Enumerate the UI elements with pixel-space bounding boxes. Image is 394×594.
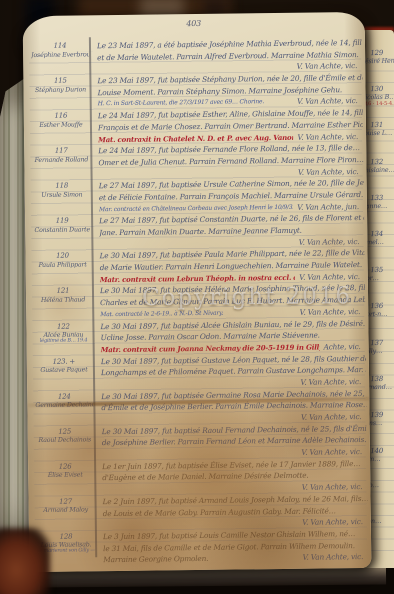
entry-text: Le 30 Mai 1897, fut baptisé Alcée Ghisla… bbox=[92, 317, 365, 355]
entry-child-name: Raoul Dechainois bbox=[36, 436, 94, 444]
register-entry: 119Constantin DuarteLe 27 Mai 1897, fut … bbox=[33, 212, 364, 251]
priest-signature: V. Van Achte, vic. bbox=[294, 166, 364, 179]
register-entry: 122Alcée Buniaulégitimé de B… 19.4Le 30 … bbox=[34, 317, 365, 356]
entry-child-name: Esther Mouffe bbox=[32, 121, 90, 129]
entry-child-name: Gustave Paquet bbox=[35, 366, 93, 374]
register-entry: 126Élise EvisetLe 1er Juin 1897, fut bap… bbox=[36, 458, 367, 497]
priest-signature: V. Van Achte, vic. bbox=[293, 95, 363, 108]
register-entry: 118Ursule SimonLe 27 Mai 1897, fut bapti… bbox=[33, 177, 364, 216]
entry-margin-column: 118Ursule Simon bbox=[33, 181, 91, 217]
priest-signature: V. Van Achte, vic. bbox=[299, 551, 369, 564]
entry-text: Le 24 Mai 1897, fut baptisée Fernande Fl… bbox=[90, 142, 363, 180]
entry-margin-column: 119Constantin Duarte bbox=[33, 216, 91, 252]
entry-child-name: Élise Eviset bbox=[36, 472, 94, 480]
priest-signature: V. Van Achte, jun. bbox=[293, 201, 364, 214]
entry-margin-column: 114Joséphine Everbroud bbox=[31, 40, 89, 76]
entry-text: Le 23 Mai 1897, fut baptisée Stéphany Du… bbox=[89, 72, 362, 110]
entry-child-name: Constantin Duarte bbox=[33, 226, 91, 234]
entry-text: Le 27 Mai 1897, fut baptisée Ursule Cath… bbox=[91, 177, 364, 215]
entry-child-name: Joséphine Everbroud bbox=[31, 51, 89, 59]
priest-signature: V. Van Achte, vic. bbox=[297, 411, 367, 424]
register-entry: 115Stéphany DurionLe 23 Mai 1897, fut ba… bbox=[31, 72, 362, 111]
entry-margin-column: 115Stéphany Durion bbox=[31, 75, 89, 111]
entry-margin-column: 125Raoul Dechainois bbox=[36, 426, 94, 462]
entry-text-line: Marraine Georgine Opmolen.V. Van Achte, … bbox=[103, 551, 368, 566]
entry-child-name: Armand Maloy bbox=[37, 507, 95, 515]
photo-of-open-register: 129Désiré Hen…130Nicolas B…6-46 · 14-5-4… bbox=[0, 0, 394, 594]
priest-signature: Achte, vic. bbox=[320, 341, 366, 353]
priest-signature: V. Van Achte, vic. bbox=[297, 446, 367, 459]
entry-margin-column: 121Héléna Tihaud bbox=[34, 286, 92, 322]
entry-margin-column: 122Alcée Buniaulégitimé de B… 19.4 bbox=[34, 321, 92, 357]
register-entry: 116Esther MouffeLe 24 Mai 1897, fut bapt… bbox=[32, 107, 363, 146]
priest-signature: V. Van Achte, vic. bbox=[296, 376, 366, 389]
page-number: 403 bbox=[23, 17, 365, 30]
entry-child-name: Héléna Tihaud bbox=[34, 296, 92, 304]
entry-text: Le 2 Juin 1897, fut baptisé Armand Louis… bbox=[94, 493, 367, 531]
priest-signature: V. Van Achte, vic. bbox=[295, 271, 365, 284]
register-entry: 124Germaine DechainoisLe 30 Mai 1897, fu… bbox=[35, 388, 366, 427]
register-entry: 120Paula PhilippartLe 30 Mai 1897, fut b… bbox=[33, 247, 364, 286]
priest-signature: V. Van Achte, vic. bbox=[293, 60, 363, 73]
photographer-thumb bbox=[0, 528, 50, 594]
entry-text: Le 24 Mai 1897, fut baptisée Esther, Ali… bbox=[90, 107, 363, 145]
entry-child-name: Fernande Rolland bbox=[32, 156, 90, 164]
register-entry: 114Joséphine EverbroudLe 23 Mai 1897, a … bbox=[31, 37, 362, 76]
entry-child-name: Paula Philippart bbox=[34, 261, 92, 269]
priest-signature: V. Van Achte, vic. bbox=[298, 481, 368, 494]
entry-margin-column: 117Fernande Rolland bbox=[32, 145, 90, 181]
entry-margin-column: 124Germaine Dechainois bbox=[35, 391, 93, 427]
entry-text: Le 30 Mai 1897, fut baptisée Germaine Ro… bbox=[93, 388, 366, 426]
watermark-text: Copyright 2016 bbox=[142, 283, 392, 311]
register-entry: 128Louis Wauelisab.se marieront von Gill… bbox=[37, 528, 368, 567]
register-entry: 125Raoul DechainoisLe 30 Mai 1897, fut b… bbox=[36, 423, 367, 462]
entry-margin-note: légitimé de B… 19.4 bbox=[35, 338, 93, 344]
entry-margin-column: 116Esther Mouffe bbox=[32, 110, 90, 146]
entry-text: Le 3 Juin 1897, fut baptisé Louis Camill… bbox=[95, 528, 368, 566]
register-entry: 123. +Gustave PaquetLe 30 Mai 1897, fut … bbox=[35, 353, 366, 392]
entry-margin-column: 126Élise Eviset bbox=[36, 461, 94, 497]
entry-text: Le 1er Juin 1897, fut baptisée Élise Evi… bbox=[94, 458, 367, 496]
entry-child-name: Stéphany Durion bbox=[31, 86, 89, 94]
entry-line-text: Marraine Georgine Opmolen. bbox=[103, 552, 299, 566]
entry-text: Le 27 Mai 1897, fut baptisé Constantin D… bbox=[91, 212, 364, 250]
priest-signature: V. Van Achte, vic. bbox=[293, 130, 363, 143]
entry-text: Le 30 Mai 1897, fut baptisé Gustave Léon… bbox=[93, 353, 366, 391]
entry-text: Le 23 Mai 1897, a été baptisée Joséphine… bbox=[89, 37, 362, 75]
entry-child-name: Ursule Simon bbox=[33, 191, 91, 199]
entry-margin-column: 120Paula Philippart bbox=[33, 251, 91, 287]
entry-margin-column: 123. +Gustave Paquet bbox=[35, 356, 93, 392]
entry-text: Le 30 Mai 1897, fut baptisé Raoul Fernan… bbox=[94, 423, 367, 461]
priest-signature: V. Van Achte, vic. bbox=[298, 516, 368, 529]
priest-signature: V. Van Achte, vic. bbox=[295, 236, 365, 249]
register-entry: 127Armand MaloyLe 2 Juin 1897, fut bapti… bbox=[36, 493, 367, 532]
entry-text: Le 30 Mai 1897, fut baptisée Paula Marie… bbox=[91, 247, 364, 285]
entry-margin-column: 127Armand Maloy bbox=[36, 496, 94, 532]
register-entry: 117Fernande RollandLe 24 Mai 1897, fut b… bbox=[32, 142, 363, 181]
